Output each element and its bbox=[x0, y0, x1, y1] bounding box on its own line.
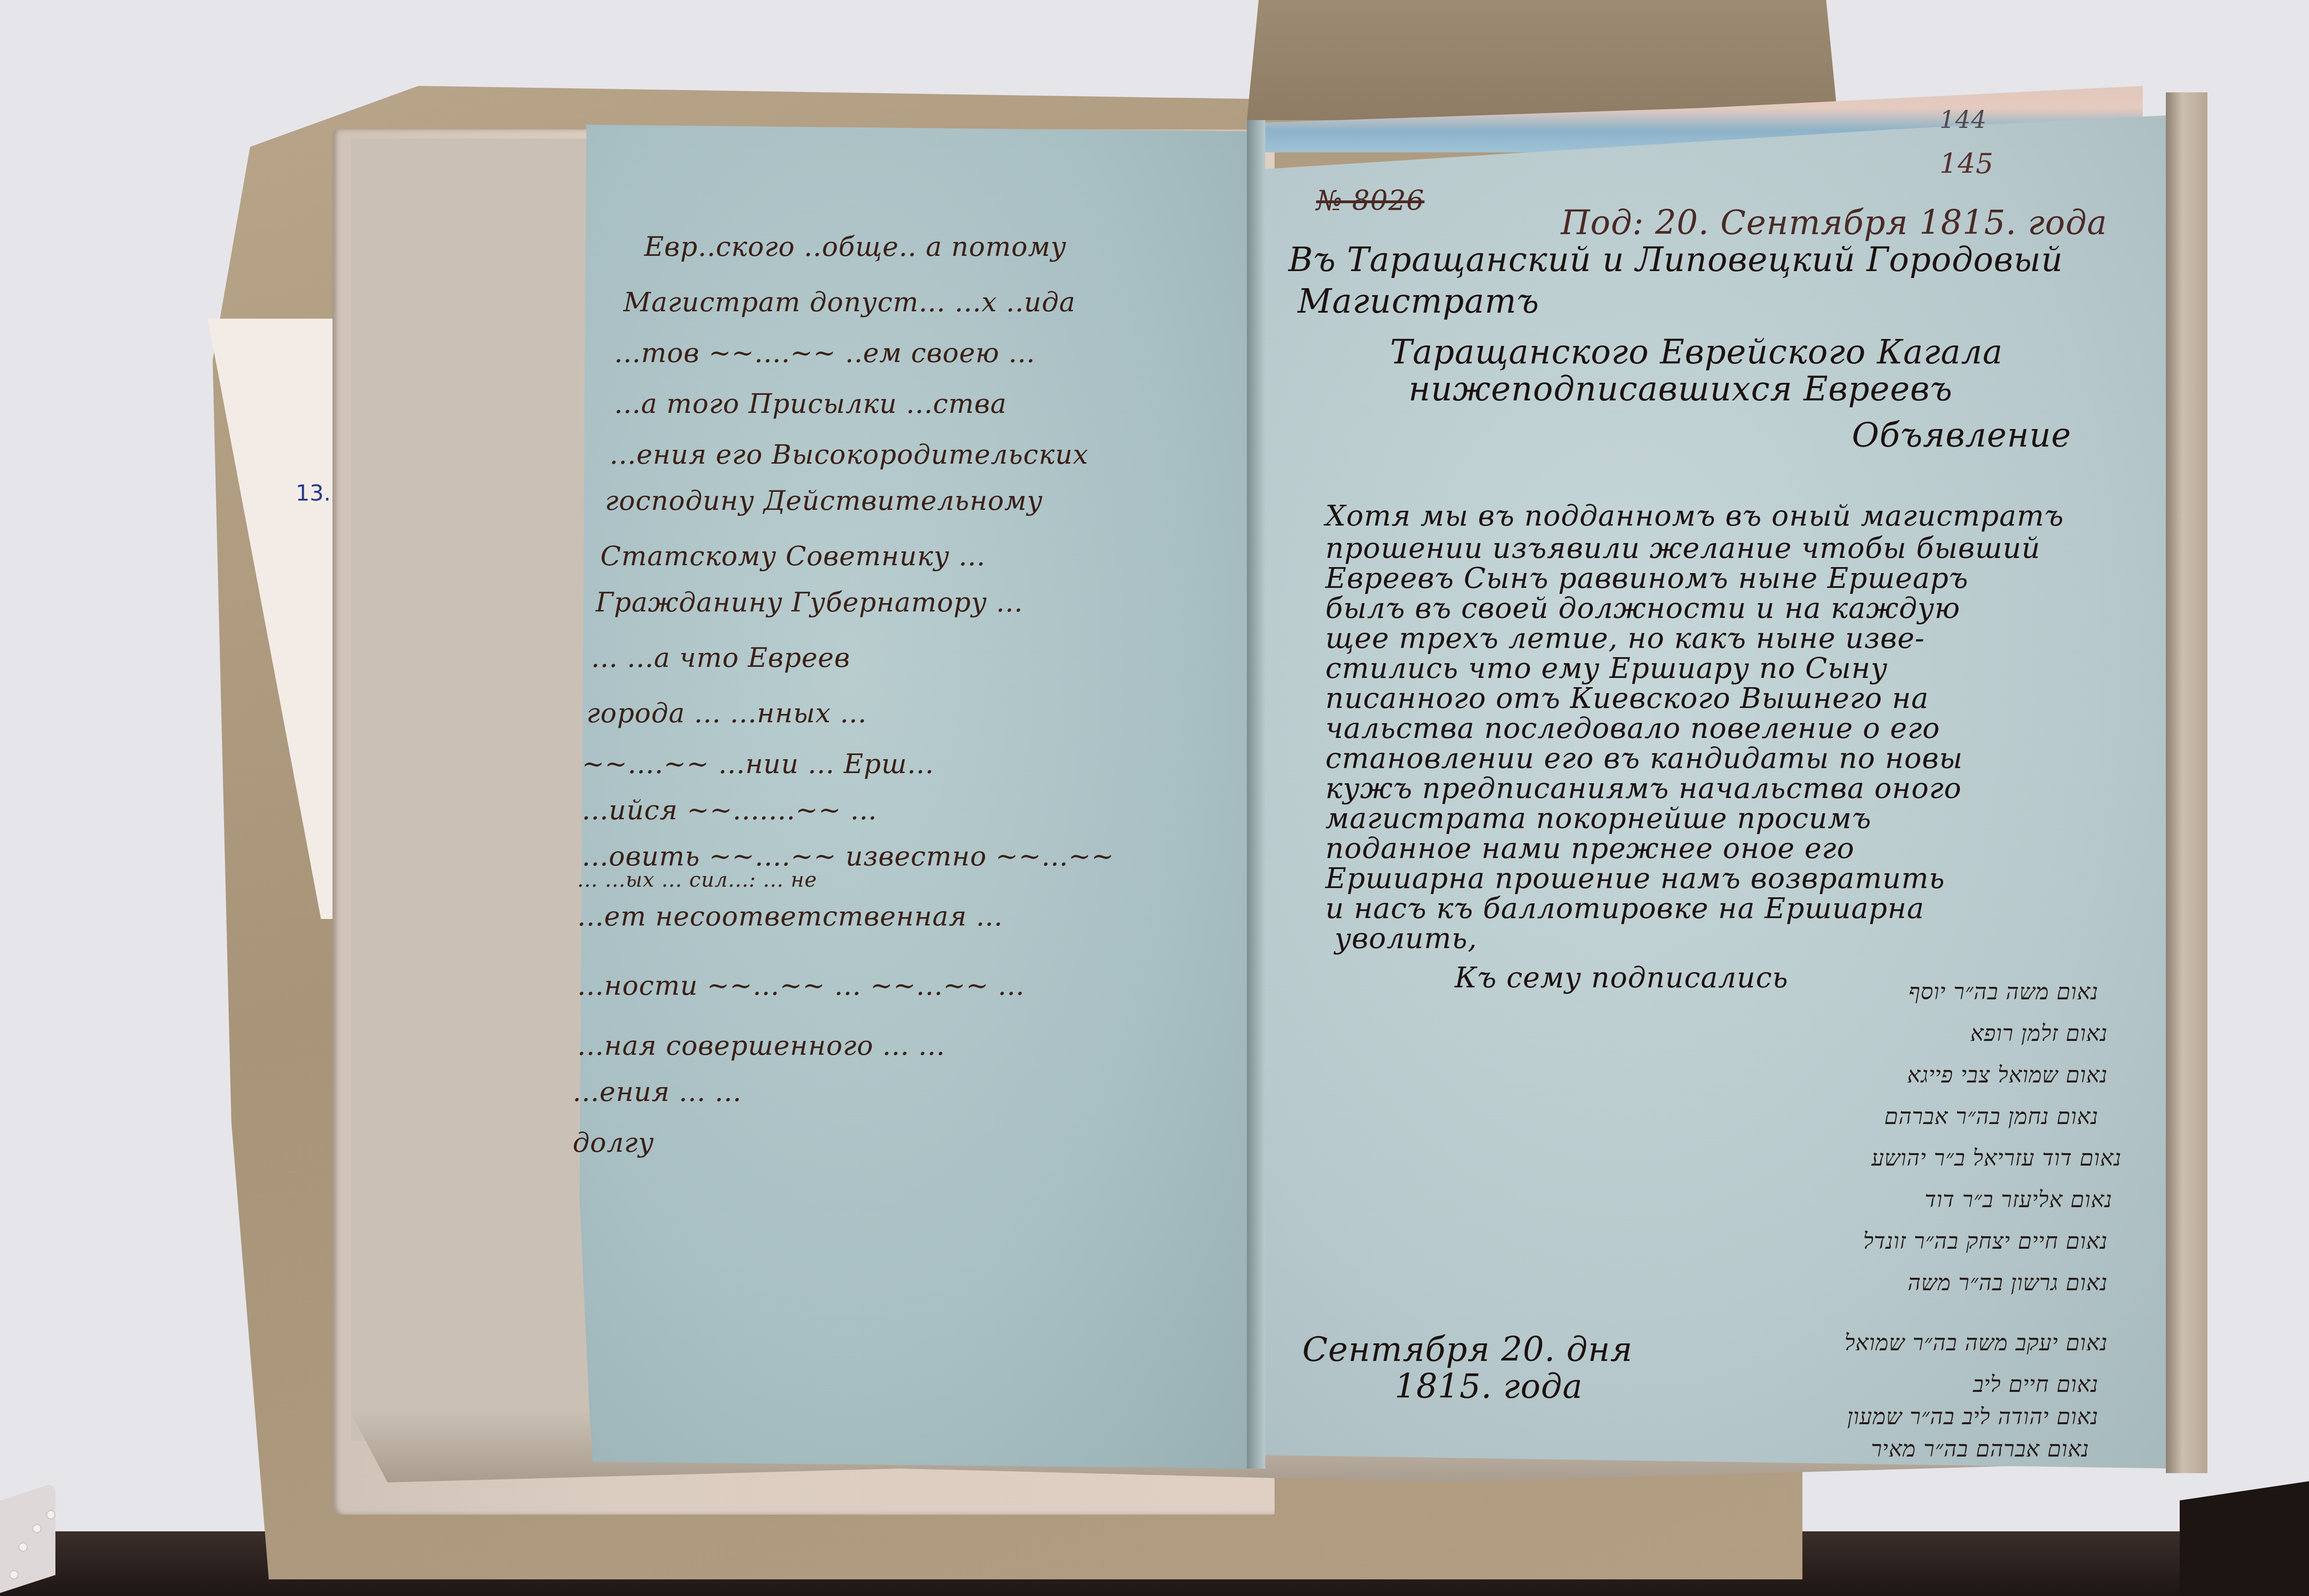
body-line: прошении изъявили желание чтобы бывший bbox=[1325, 531, 2041, 565]
hebrew-signature: נאום חיים יצחק בה״ר זונדל bbox=[1863, 1228, 2108, 1254]
hebrew-signature: נאום זלמן רופא bbox=[1971, 1021, 2108, 1046]
left-page-line: ...ийся ~~.......~~ ... bbox=[582, 794, 877, 826]
left-page-line: ...тов ~~....~~ ..ем своею ... bbox=[614, 337, 1035, 369]
body-line: магистрата покорнейше просимъ bbox=[1325, 801, 1871, 835]
left-page-line: ... ...а что Евреев bbox=[591, 642, 850, 673]
hebrew-signature: נאום אברהם בה״ר מאיר bbox=[1871, 1436, 2089, 1462]
body-line: Ершиарна прошение намъ возвратить bbox=[1325, 861, 1945, 895]
left-page-line: ... ...ых ... сил...: ... не bbox=[577, 868, 817, 892]
address-line: Магистратъ bbox=[1298, 282, 1539, 320]
right-page-stack-edge bbox=[2166, 92, 2207, 1473]
body-line: Евреевъ Сынъ раввиномъ ныне Ершеаръ bbox=[1325, 561, 1969, 595]
folio-number: 145 bbox=[1940, 148, 1994, 180]
left-page-line: ...ная совершенного ... ... bbox=[577, 1030, 945, 1061]
folder-top-flap bbox=[1247, 0, 1838, 120]
left-page-line: долгу bbox=[573, 1127, 654, 1158]
hebrew-signature: נאום חיים ליב bbox=[1973, 1372, 2098, 1397]
left-page-line: Магистрат допуст... ...х ..ида bbox=[623, 286, 1076, 318]
docket-number: № 8026 bbox=[1316, 185, 1425, 217]
left-page-line: ...ет несоответственная ... bbox=[577, 901, 1003, 932]
bead-decoration bbox=[9, 1570, 18, 1579]
body-line: поданное нами прежнее оное его bbox=[1325, 831, 1855, 865]
body-line: писанного отъ Киевского Вышнего на bbox=[1325, 681, 1929, 715]
page-stack-edge bbox=[351, 139, 594, 1441]
left-page-line: Евр..ского ..обще.. а потому bbox=[644, 231, 1067, 262]
left-page-line: ...овить ~~....~~ известно ~~...~~ bbox=[582, 840, 1114, 872]
body-line: стились что ему Ершиару по Сыну bbox=[1325, 651, 1888, 685]
hebrew-signature: נאום יהודה ליב בה״ר שמעון bbox=[1847, 1404, 2098, 1430]
body-line: становлении его въ кандидаты по новы bbox=[1325, 741, 1963, 775]
left-page-line: ...ения ... ... bbox=[573, 1076, 742, 1107]
left-page-line: господину Действительному bbox=[605, 485, 1043, 516]
body-line: кужъ предписаниямъ начальства оного bbox=[1325, 771, 1962, 805]
document-title: Объявление bbox=[1852, 416, 2071, 454]
received-date: Под: 20. Сентября 1815. года bbox=[1561, 203, 2107, 242]
hebrew-signature: נאום גרשון בה״ר משה bbox=[1908, 1270, 2108, 1296]
body-line: уволить, bbox=[1335, 921, 1477, 955]
body-line: Хотя мы въ подданномъ въ оный магистратъ bbox=[1325, 499, 2064, 532]
closing-date-line: 1815. года bbox=[1395, 1367, 1583, 1406]
hebrew-signature: נאום דוד עזריאל ב״ר יהושע bbox=[1871, 1145, 2122, 1171]
address-line: Въ Таращанский и Липовецкий Городовый bbox=[1288, 240, 2063, 279]
closing-date-line: Сентября 20. дня bbox=[1302, 1330, 1633, 1369]
body-line: и насъ къ баллотировке на Ершиарна bbox=[1325, 891, 1924, 925]
hebrew-signature: נאום יעקב משה בה״ר שמואל bbox=[1844, 1330, 2108, 1356]
bead-decoration bbox=[32, 1524, 42, 1533]
bead-decoration bbox=[46, 1510, 55, 1519]
closing-formula: Къ сему подписались bbox=[1455, 961, 1789, 994]
sender-line: Таращанского Еврейского Кагала bbox=[1390, 332, 2003, 371]
hebrew-signature: נאום נחמן בה״ר אברהם bbox=[1884, 1104, 2098, 1130]
book-gutter bbox=[1247, 120, 1265, 1469]
bead-decoration bbox=[18, 1542, 28, 1552]
hebrew-signature: נאום שמואל צבי פייגא bbox=[1907, 1062, 2108, 1088]
left-page-line: ...ности ~~...~~ ... ~~...~~ ... bbox=[577, 970, 1025, 1001]
hebrew-signature: נאום משה בה״ר יוסף bbox=[1909, 979, 2098, 1005]
table-shadow bbox=[2180, 1469, 2309, 1596]
left-page-line: ~~....~~ ...нии ... Ерш... bbox=[582, 748, 934, 780]
sender-line: нижеподписавшихся Евреевъ bbox=[1408, 369, 1952, 408]
body-line: щее трехъ летие, но какъ ныне изве- bbox=[1325, 621, 1925, 655]
left-page-line: Гражданину Губернатору ... bbox=[596, 586, 1023, 618]
label-slip-number: 13. bbox=[296, 480, 331, 506]
body-line: былъ въ своей должности и на каждую bbox=[1325, 591, 1960, 625]
left-page-line: ...ения его Высокородительских bbox=[610, 439, 1088, 470]
left-page-line: Статскому Советнику ... bbox=[600, 540, 985, 572]
stationery-corner bbox=[0, 1483, 55, 1593]
body-line: чальства последовало повеление о его bbox=[1325, 711, 1940, 745]
previous-folio-number: 144 bbox=[1940, 106, 1987, 134]
hebrew-signature: נאום אליעזר ב״ר דוד bbox=[1925, 1187, 2112, 1213]
left-page-line: города ... ...нных ... bbox=[586, 697, 867, 729]
left-page-line: ...а того Присылки ...ства bbox=[614, 388, 1007, 419]
